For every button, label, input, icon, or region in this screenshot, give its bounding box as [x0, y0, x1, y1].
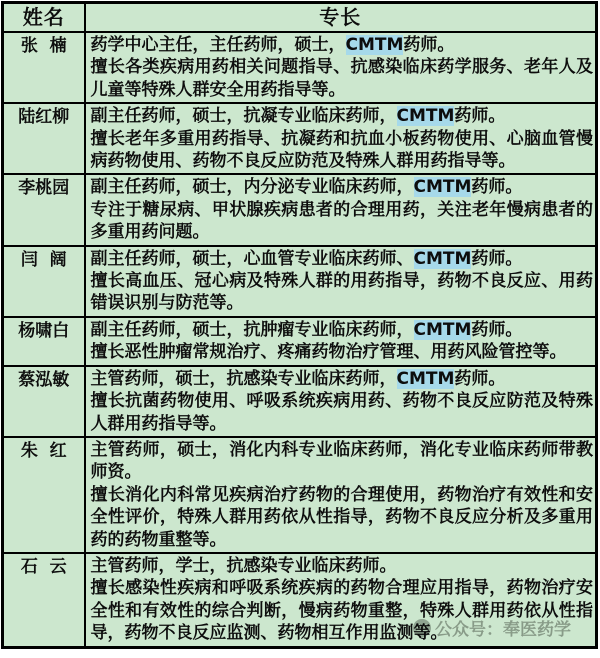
cmtm-highlight: CMTM [414, 249, 472, 269]
credentials-tail: 药师。 [471, 177, 522, 197]
specialty-cell: 副主任药师，硕士，抗肿瘤专业临床药师，CMTM药师。 擅长恶性肿瘤常规治疗、疼痛… [85, 317, 597, 366]
specialty-cell: 副主任药师，硕士，内分泌专业临床药师，CMTM药师。 专注于糖尿病、甲状腺疾病患… [85, 174, 597, 245]
specialty-description: 擅长高血压、冠心病及特殊人群的用药指导，药物不良反应、用药错误识别与防范等。 [91, 270, 594, 315]
credentials-tail: 药师。 [454, 106, 505, 126]
cmtm-highlight: CMTM [397, 106, 455, 126]
credentials-text: 副主任药师，硕士，抗肿瘤专业临床药师， [91, 320, 414, 340]
specialty-cell: 副主任药师，硕士，抗凝专业临床药师，CMTM药师。 擅长老年多重用药指导、抗凝药… [85, 103, 597, 174]
header-name-column: 姓名 [3, 3, 85, 33]
pharmacist-name: 陆红柳 [3, 103, 85, 174]
pharmacist-name: 李桃园 [3, 174, 85, 245]
table-row: 李桃园 副主任药师，硕士，内分泌专业临床药师，CMTM药师。 专注于糖尿病、甲状… [3, 174, 597, 245]
credentials-line: 主管药师，硕士，抗感染专业临床药师，CMTM药师。 [91, 368, 594, 390]
specialty-description: 擅长老年多重用药指导、抗凝药和抗血小板药物使用、心脑血管慢病药物使用、药物不良反… [91, 128, 594, 173]
credentials-line: 副主任药师，硕士，抗肿瘤专业临床药师，CMTM药师。 [91, 319, 594, 341]
credentials-text: 主管药师，学士，抗感染专业临床药师。 [91, 556, 397, 576]
specialty-description: 擅长消化内科常见疾病治疗药物的合理使用，药物治疗有效性和安全性评价，特殊人群用药… [91, 484, 594, 551]
header-row: 姓名 专长 [3, 3, 597, 33]
pharmacist-name: 朱 红 [3, 437, 85, 553]
credentials-text: 副主任药师，硕士，内分泌专业临床药师， [91, 177, 414, 197]
table-row: 杨啸白 副主任药师，硕士，抗肿瘤专业临床药师，CMTM药师。 擅长恶性肿瘤常规治… [3, 317, 597, 366]
specialty-cell: 主管药师，学士，抗感染专业临床药师。 擅长感染性疾病和呼吸系统疾病的药物合理应用… [85, 553, 597, 647]
credentials-tail: 药师。 [403, 35, 454, 55]
pharmacist-roster-table: 姓名 专长 张 楠 药学中心主任，主任药师，硕士，CMTM药师。 擅长各类疾病用… [1, 1, 598, 649]
pharmacist-name: 闫 阔 [3, 246, 85, 317]
table-row: 蔡泓敏 主管药师，硕士，抗感染专业临床药师，CMTM药师。 擅长抗菌药物使用、呼… [3, 366, 597, 437]
table-row: 张 楠 药学中心主任，主任药师，硕士，CMTM药师。 擅长各类疾病用药相关问题指… [3, 32, 597, 103]
cmtm-highlight: CMTM [414, 177, 472, 197]
table-row: 陆红柳 副主任药师，硕士，抗凝专业临床药师，CMTM药师。 擅长老年多重用药指导… [3, 103, 597, 174]
specialty-description: 擅长抗菌药物使用、呼吸系统疾病用药、药物不良反应防范及特殊人群用药指导等。 [91, 390, 594, 435]
credentials-text: 药学中心主任，主任药师，硕士， [91, 35, 346, 55]
specialty-description: 专注于糖尿病、甲状腺疾病患者的合理用药，关注老年慢病患者的多重用药问题。 [91, 199, 594, 244]
credentials-text: 主管药师，硕士，消化内科专业临床药师，消化专业临床药师带教师资。 [91, 440, 594, 482]
pharmacist-name: 蔡泓敏 [3, 366, 85, 437]
cmtm-highlight: CMTM [414, 320, 472, 340]
credentials-line: 主管药师，硕士，消化内科专业临床药师，消化专业临床药师带教师资。 [91, 439, 594, 484]
specialty-description: 擅长恶性肿瘤常规治疗、疼痛药物治疗管理、用药风险管控等。 [91, 341, 594, 363]
table-row: 朱 红 主管药师，硕士，消化内科专业临床药师，消化专业临床药师带教师资。 擅长消… [3, 437, 597, 553]
specialty-description: 擅长感染性疾病和呼吸系统疾病的药物合理应用指导，药物治疗安全性和有效性的综合判断… [91, 577, 594, 644]
table-row: 石 云 主管药师，学士，抗感染专业临床药师。 擅长感染性疾病和呼吸系统疾病的药物… [3, 553, 597, 647]
credentials-text: 副主任药师，硕士，抗凝专业临床药师， [91, 106, 397, 126]
pharmacist-name: 石 云 [3, 553, 85, 647]
credentials-tail: 药师。 [471, 320, 522, 340]
credentials-line: 药学中心主任，主任药师，硕士，CMTM药师。 [91, 34, 594, 56]
specialty-cell: 副主任药师，硕士，心血管专业临床药师、CMTM药师。 擅长高血压、冠心病及特殊人… [85, 246, 597, 317]
header-specialty-column: 专长 [85, 3, 597, 33]
specialty-cell: 药学中心主任，主任药师，硕士，CMTM药师。 擅长各类疾病用药相关问题指导、抗感… [85, 32, 597, 103]
credentials-line: 副主任药师，硕士，内分泌专业临床药师，CMTM药师。 [91, 176, 594, 198]
specialty-description: 擅长各类疾病用药相关问题指导、抗感染临床药学服务、老年人及儿童等特殊人群安全用药… [91, 56, 594, 101]
credentials-line: 副主任药师，硕士，心血管专业临床药师、CMTM药师。 [91, 248, 594, 270]
credentials-tail: 药师。 [471, 249, 522, 269]
cmtm-highlight: CMTM [397, 369, 455, 389]
table-row: 闫 阔 副主任药师，硕士，心血管专业临床药师、CMTM药师。 擅长高血压、冠心病… [3, 246, 597, 317]
credentials-tail: 药师。 [454, 369, 505, 389]
pharmacist-name: 杨啸白 [3, 317, 85, 366]
pharmacist-roster-page: 姓名 专长 张 楠 药学中心主任，主任药师，硕士，CMTM药师。 擅长各类疾病用… [0, 0, 600, 658]
specialty-cell: 主管药师，硕士，消化内科专业临床药师，消化专业临床药师带教师资。 擅长消化内科常… [85, 437, 597, 553]
specialty-cell: 主管药师，硕士，抗感染专业临床药师，CMTM药师。 擅长抗菌药物使用、呼吸系统疾… [85, 366, 597, 437]
cmtm-highlight: CMTM [346, 35, 404, 55]
credentials-line: 主管药师，学士，抗感染专业临床药师。 [91, 555, 594, 577]
credentials-text: 主管药师，硕士，抗感染专业临床药师， [91, 369, 397, 389]
credentials-text: 副主任药师，硕士，心血管专业临床药师、 [91, 249, 414, 269]
pharmacist-name: 张 楠 [3, 32, 85, 103]
credentials-line: 副主任药师，硕士，抗凝专业临床药师，CMTM药师。 [91, 105, 594, 127]
